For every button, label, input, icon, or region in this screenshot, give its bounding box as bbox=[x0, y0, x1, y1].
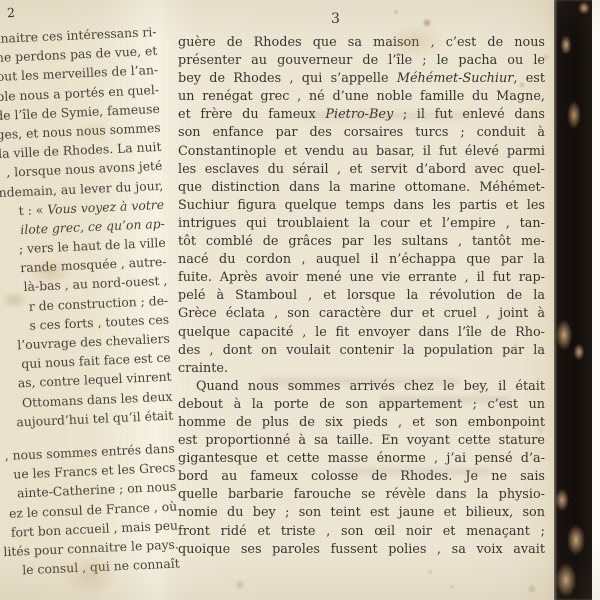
body-text: debout à la porte de son appartement ; c… bbox=[178, 397, 545, 412]
text-line: nomie du bey ; son teint est jaune et bi… bbox=[178, 504, 545, 522]
body-text: Grèce éclata , son caractère dur et crue… bbox=[178, 306, 545, 321]
body-text: fuite. Après avoir mené une vie errante … bbox=[178, 270, 545, 285]
body-text: bey de Rhodes , qui s’appelle bbox=[178, 71, 397, 86]
body-text: et frère du fameux bbox=[178, 107, 325, 122]
text-line: quoique ses paroles fussent polies , sa … bbox=[178, 541, 545, 559]
text-line: présenter au gouverneur de l’île ; le pa… bbox=[178, 52, 545, 70]
body-text: intrigues qui troublaient la cour et l’e… bbox=[178, 216, 545, 231]
text-line: les esclaves du sérail , et servit d’abo… bbox=[178, 161, 545, 179]
text-line: debout à la porte de son appartement ; c… bbox=[178, 396, 545, 414]
body-text: Suchiur figura quelque temps dans les pa… bbox=[178, 198, 545, 213]
body-text: t : « bbox=[18, 202, 47, 218]
body-text: présenter au gouverneur de l’île ; le pa… bbox=[178, 53, 545, 68]
body-text: que distinction dans la marine ottomane.… bbox=[178, 180, 545, 195]
body-text: est proportionné à sa taille. En voyant … bbox=[178, 433, 545, 448]
book-photo: 2 onnaitre ces intéressans ri-s ne perdo… bbox=[0, 0, 600, 600]
body-text: guère de Rhodes que sa maison , c’est de… bbox=[178, 35, 545, 50]
body-text: , est bbox=[513, 71, 545, 86]
text-line: des , dont on voulait contenir la popula… bbox=[178, 342, 545, 360]
body-text: front ridé et triste , son œil noir et m… bbox=[178, 524, 545, 539]
body-text: pelé à Stamboul , et lorsque la révoluti… bbox=[178, 288, 545, 303]
text-line: et frère du fameux Pietro-Bey ; il fut e… bbox=[178, 106, 545, 124]
italic-text: Pietro-Bey bbox=[325, 107, 393, 122]
body-text: tôt comblé de grâces par les sultans , t… bbox=[178, 234, 545, 249]
body-text: quelque capacité , le fit envoyer dans l… bbox=[178, 325, 545, 340]
right-page-number: 3 bbox=[331, 11, 340, 27]
body-text: nomie du bey ; son teint est jaune et bi… bbox=[178, 505, 545, 520]
text-line: nacé du cordon , auquel il n’échappa que… bbox=[178, 251, 545, 269]
text-line: bord au fameux colosse de Rhodes. Je ne … bbox=[178, 468, 545, 486]
text-line: est proportionné à sa taille. En voyant … bbox=[178, 432, 545, 450]
body-text: crainte. bbox=[178, 361, 228, 376]
body-text: nacé du cordon , auquel il n’échappa que… bbox=[178, 252, 545, 267]
text-line: quelque capacité , le fit envoyer dans l… bbox=[178, 324, 545, 342]
text-line: homme de plus de six pieds , et son embo… bbox=[178, 414, 545, 432]
body-text: Constantinople et vendu au basar, il fut… bbox=[178, 144, 545, 159]
body-text: le consul , qui ne connaît bbox=[22, 556, 180, 578]
body-text: les esclaves du sérail , et servit d’abo… bbox=[178, 162, 545, 177]
text-line: fuite. Après avoir mené une vie errante … bbox=[178, 269, 545, 287]
text-line: Quand nous sommes arrivés chez le bey, i… bbox=[178, 378, 545, 396]
body-text: gigantesque et cette masse énorme , j’ai… bbox=[178, 451, 545, 466]
text-line: Grèce éclata , son caractère dur et crue… bbox=[178, 305, 545, 323]
text-line: Constantinople et vendu au basar, il fut… bbox=[178, 143, 545, 161]
body-text: son enfance par des corsaires turcs ; co… bbox=[178, 125, 545, 140]
body-text: bord au fameux colosse de Rhodes. Je ne … bbox=[178, 469, 545, 484]
italic-text: Méhémet-Suchiur bbox=[397, 71, 514, 86]
text-line: bey de Rhodes , qui s’appelle Méhémet-Su… bbox=[178, 70, 545, 88]
text-line: tôt comblé de grâces par les sultans , t… bbox=[178, 233, 545, 251]
text-line: quelle barbarie farouche se révèle dans … bbox=[178, 486, 545, 504]
text-line: front ridé et triste , son œil noir et m… bbox=[178, 523, 545, 541]
body-text: des , dont on voulait contenir la popula… bbox=[178, 343, 545, 358]
left-page-text: onnaitre ces intéressans ri-s ne perdons… bbox=[0, 22, 180, 584]
body-text: un renégat grec , né d’une noble famille… bbox=[178, 89, 545, 104]
left-page-number: 2 bbox=[7, 5, 16, 20]
body-text: homme de plus de six pieds , et son embo… bbox=[178, 415, 545, 430]
body-text: Quand nous sommes arrivés chez le bey, i… bbox=[196, 379, 545, 394]
body-text: quoique ses paroles fussent polies , sa … bbox=[178, 542, 545, 557]
text-line: guère de Rhodes que sa maison , c’est de… bbox=[178, 34, 545, 52]
text-line: Suchiur figura quelque temps dans les pa… bbox=[178, 197, 545, 215]
background-strip bbox=[592, 0, 600, 600]
text-line: son enfance par des corsaires turcs ; co… bbox=[178, 124, 545, 142]
text-line: crainte. bbox=[178, 360, 545, 378]
body-text: aujourd’hui tel qu’il était bbox=[16, 407, 173, 429]
right-page-text: guère de Rhodes que sa maison , c’est de… bbox=[178, 34, 545, 559]
text-line: pelé à Stamboul , et lorsque la révoluti… bbox=[178, 287, 545, 305]
body-text: quelle barbarie farouche se révèle dans … bbox=[178, 487, 545, 502]
body-text: ; il fut enlevé dans bbox=[393, 107, 545, 122]
book-cover-edge bbox=[554, 0, 592, 600]
text-line: gigantesque et cette masse énorme , j’ai… bbox=[178, 450, 545, 468]
text-line: un renégat grec , né d’une noble famille… bbox=[178, 88, 545, 106]
text-line: que distinction dans la marine ottomane.… bbox=[178, 179, 545, 197]
text-line: intrigues qui troublaient la cour et l’e… bbox=[178, 215, 545, 233]
